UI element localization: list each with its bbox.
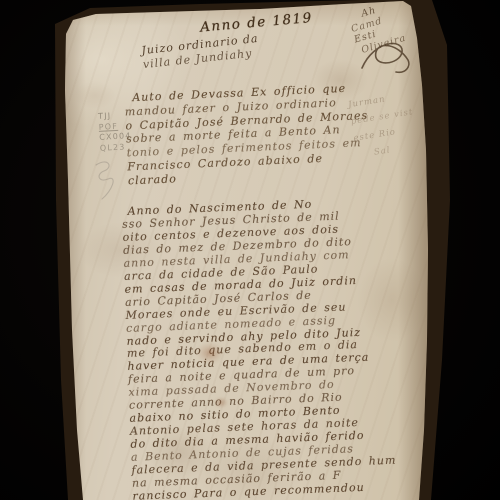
body-paragraph: Anno do Nascimento de Nosso Senhor Jesus… bbox=[121, 196, 384, 500]
pencil-squiggle bbox=[88, 155, 130, 203]
court-heading: Juizo ordinario davilla de Jundiahy bbox=[141, 32, 261, 72]
manuscript-photo: Anno de 1819 Juizo ordinario davilla de … bbox=[0, 0, 500, 500]
signature-rubric-flourish bbox=[358, 34, 416, 78]
opening-paragraph: Auto de Devassa Ex officio quemandou faz… bbox=[124, 81, 378, 188]
year-heading: Anno de 1819 bbox=[200, 8, 331, 35]
